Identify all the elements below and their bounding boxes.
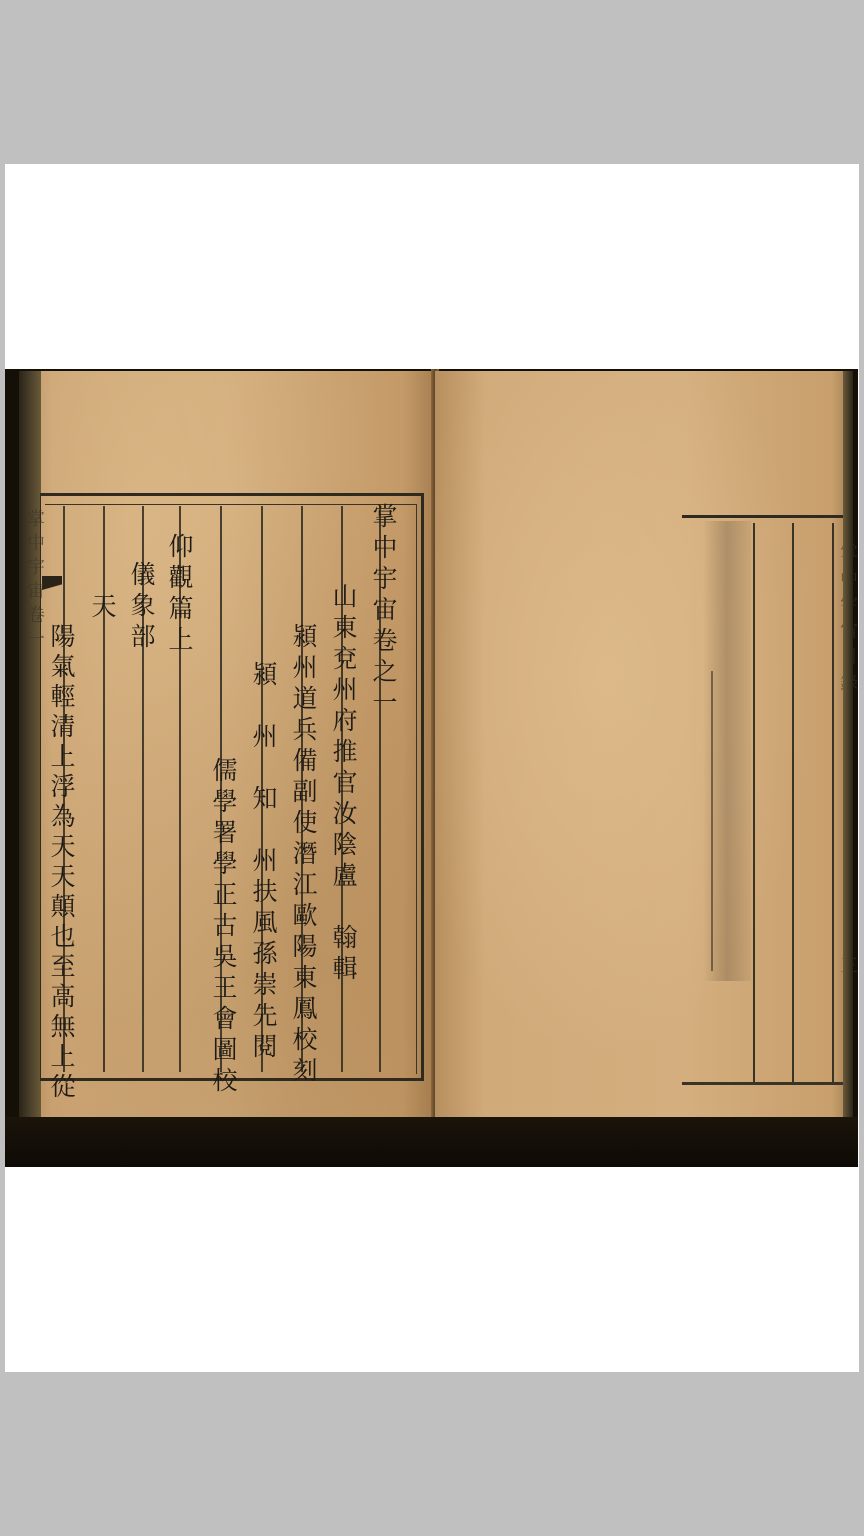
- left-page-edge: [19, 371, 41, 1121]
- volume-title: 掌中宇宙卷之一: [371, 503, 396, 720]
- credit-compiler: 山東兗州府推官汝陰盧 翰輯: [331, 583, 356, 986]
- scan-shadow: [5, 1117, 858, 1167]
- left-page: 掌中宇宙卷一 掌中宇宙卷之一 山東兗州府推官汝陰盧 翰輯 潁州道兵備副使潛江歐陽…: [19, 371, 436, 1121]
- credit-engraver: 潁州道兵備副使潛江歐陽東鳳校刻: [291, 623, 316, 1088]
- right-print-frame: [682, 515, 847, 1085]
- entry-heading: 天: [90, 593, 115, 624]
- book-scan-image: 掌中宇宙卷一 掌中宇宙卷之一 山東兗州府推官汝陰盧 翰輯 潁州道兵備副使潛江歐陽…: [5, 369, 858, 1167]
- chapter-heading: 仰觀篇上: [167, 533, 192, 657]
- right-page-edge: [843, 371, 853, 1128]
- credit-reviewer: 潁 州 知 州扶風孫崇先閱: [251, 661, 276, 1064]
- section-heading: 儀象部: [129, 561, 154, 654]
- credit-illustrator: 儒學署學正古吳王會圖校: [211, 757, 236, 1098]
- body-text: 陽氣輕清上浮為天天顛也至高無上從: [49, 623, 74, 1103]
- right-page: 掌中宇宙目錄 三: [435, 371, 853, 1128]
